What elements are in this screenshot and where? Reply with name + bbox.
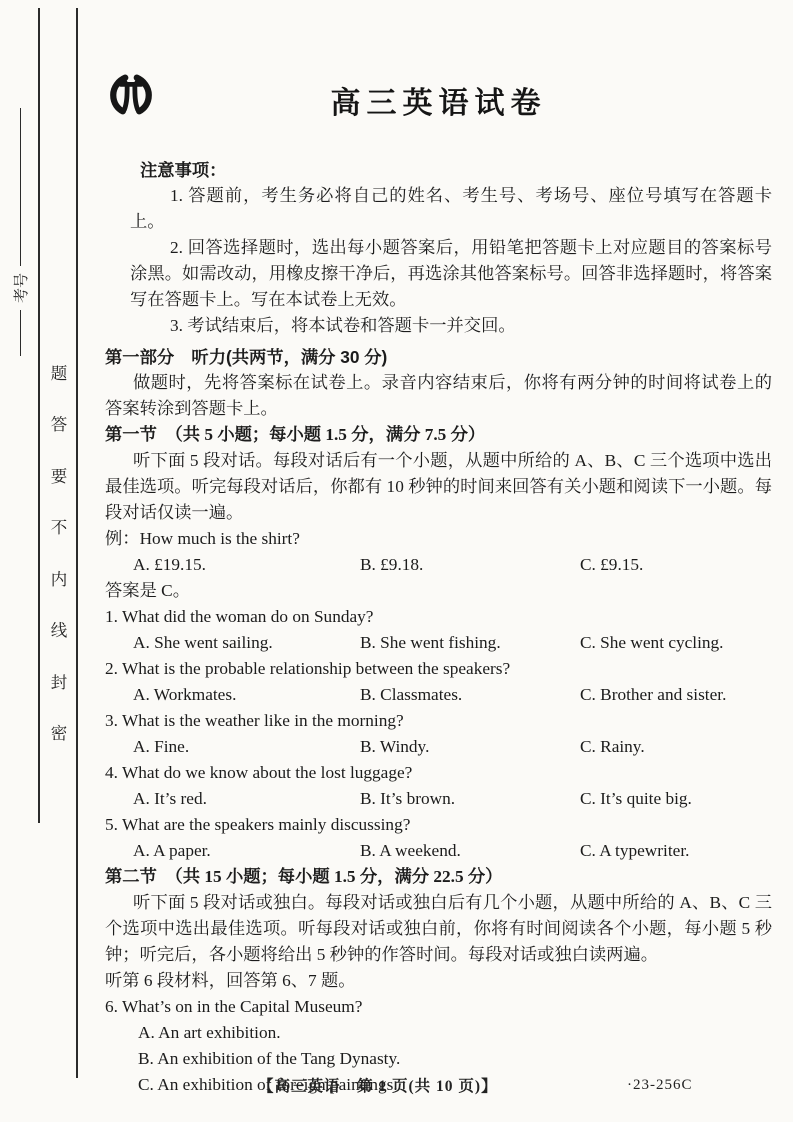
option: C. She went cycling. <box>580 630 772 656</box>
notice-item: 2. 回答选择题时，选出每小题答案后，用铅笔把答题卡上对应题目的答案标号涂黑。如… <box>130 235 772 313</box>
seal-line-outer <box>38 8 40 823</box>
option: B. An exhibition of the Tang Dynasty. <box>138 1046 772 1072</box>
example-option: C. £9.15. <box>580 552 772 578</box>
example-option: B. £9.18. <box>360 552 580 578</box>
question-options: A. A paper.B. A weekend.C. A typewriter. <box>105 838 772 864</box>
blank-write-line <box>20 310 21 356</box>
part1-heading: 第一部分 听力(共两节，满分 30 分) <box>105 344 772 370</box>
exam-body: 注意事项： 1. 答题前，考生务必将自己的姓名、考生号、考场号、座位号填写在答题… <box>105 157 772 1098</box>
notice-item: 3. 考试结束后，将本试卷和答题卡一并交回。 <box>130 313 772 339</box>
question-stem: 3. What is the weather like in the morni… <box>105 708 772 734</box>
example-option: A. £19.15. <box>133 552 360 578</box>
example-answer-note: 答案是 C。 <box>105 578 772 604</box>
seal-text-char: 线 <box>51 617 68 641</box>
seal-text-char: 密 <box>51 720 68 744</box>
notice-items: 1. 答题前，考生务必将自己的姓名、考生号、考场号、座位号填写在答题卡上。2. … <box>130 183 772 339</box>
part1-intro: 做题时，先将答案标在试卷上。录音内容结束后，你将有两分钟的时间将试卷上的答案转涂… <box>105 370 772 422</box>
question: 4. What do we know about the lost luggag… <box>105 760 772 812</box>
section1-heading: 第一节 （共 5 小题；每小题 1.5 分，满分 7.5 分） <box>105 422 772 448</box>
section2-heading: 第二节 （共 15 小题；每小题 1.5 分，满分 22.5 分） <box>105 864 772 890</box>
exam-number-rotated-block: 考号 <box>5 88 35 356</box>
option: B. Windy. <box>360 734 580 760</box>
question-options: A. Fine.B. Windy.C. Rainy. <box>105 734 772 760</box>
question-stem: 5. What are the speakers mainly discussi… <box>105 812 772 838</box>
exam-number-label: 考号 <box>10 273 31 303</box>
question-options: A. It’s red.B. It’s brown.C. It’s quite … <box>105 786 772 812</box>
question: 2. What is the probable relationship bet… <box>105 656 772 708</box>
section2-intro: 听下面 5 段对话或独白。每段对话或独白后有几个小题，从题中所给的 A、B、C … <box>105 890 772 968</box>
option: A. She went sailing. <box>133 630 360 656</box>
option: A. A paper. <box>133 838 360 864</box>
notice-heading: 注意事项： <box>140 157 772 183</box>
example-prompt: 例：How much is the shirt? <box>105 526 772 552</box>
seal-text-char: 题 <box>51 360 68 384</box>
question-stem: 2. What is the probable relationship bet… <box>105 656 772 682</box>
footer-page-info: 【高三英语 第 1 页(共 10 页)】 <box>258 1074 498 1096</box>
exam-number-field: 考号 <box>5 88 35 356</box>
notice-item: 1. 答题前，考生务必将自己的姓名、考生号、考场号、座位号填写在答题卡上。 <box>130 183 772 235</box>
seal-text-column: 题答要不内线封密 <box>41 360 77 744</box>
question-options: A. Workmates.B. Classmates.C. Brother an… <box>105 682 772 708</box>
question-stem: 4. What do we know about the lost luggag… <box>105 760 772 786</box>
option: A. An art exhibition. <box>138 1020 772 1046</box>
option: A. Workmates. <box>133 682 360 708</box>
question: 1. What did the woman do on Sunday?A. Sh… <box>105 604 772 656</box>
seal-text-char: 要 <box>51 463 68 487</box>
page-title: 高三英语试卷 <box>105 78 772 122</box>
option: C. Brother and sister. <box>580 682 772 708</box>
option: B. It’s brown. <box>360 786 580 812</box>
seal-text-char: 封 <box>51 669 68 693</box>
exam-paper-page: 考号 题答要不内线封密 高三英语试卷 注意事项： 1. 答题前，考生务必将自己的… <box>0 0 793 1122</box>
question: 3. What is the weather like in the morni… <box>105 708 772 760</box>
footer-paper-code: ·23-256C <box>627 1077 693 1094</box>
seal-text-char: 答 <box>51 411 68 435</box>
material-note: 听第 6 段材料，回答第 6、7 题。 <box>105 968 772 994</box>
option: B. Classmates. <box>360 682 580 708</box>
question-options: A. She went sailing.B. She went fishing.… <box>105 630 772 656</box>
question: 5. What are the speakers mainly discussi… <box>105 812 772 864</box>
seal-text-char: 内 <box>51 566 68 590</box>
option: B. A weekend. <box>360 838 580 864</box>
option: C. Rainy. <box>580 734 772 760</box>
option: C. A typewriter. <box>580 838 772 864</box>
option: C. It’s quite big. <box>580 786 772 812</box>
question-stem: 6. What’s on in the Capital Museum? <box>105 994 772 1020</box>
section1-questions: 1. What did the woman do on Sunday?A. Sh… <box>105 604 772 864</box>
notice-section: 注意事项： 1. 答题前，考生务必将自己的姓名、考生号、考场号、座位号填写在答题… <box>130 157 772 339</box>
example-options: A. £19.15.B. £9.18.C. £9.15. <box>105 552 772 578</box>
option: B. She went fishing. <box>360 630 580 656</box>
question-stem: 1. What did the woman do on Sunday? <box>105 604 772 630</box>
example-question: 例：How much is the shirt? A. £19.15.B. £9… <box>105 526 772 604</box>
option: A. It’s red. <box>133 786 360 812</box>
section1-intro: 听下面 5 段对话。每段对话后有一个小题，从题中所给的 A、B、C 三个选项中选… <box>105 448 772 526</box>
blank-write-line <box>20 108 21 266</box>
seal-text-char: 不 <box>51 514 68 538</box>
option: A. Fine. <box>133 734 360 760</box>
